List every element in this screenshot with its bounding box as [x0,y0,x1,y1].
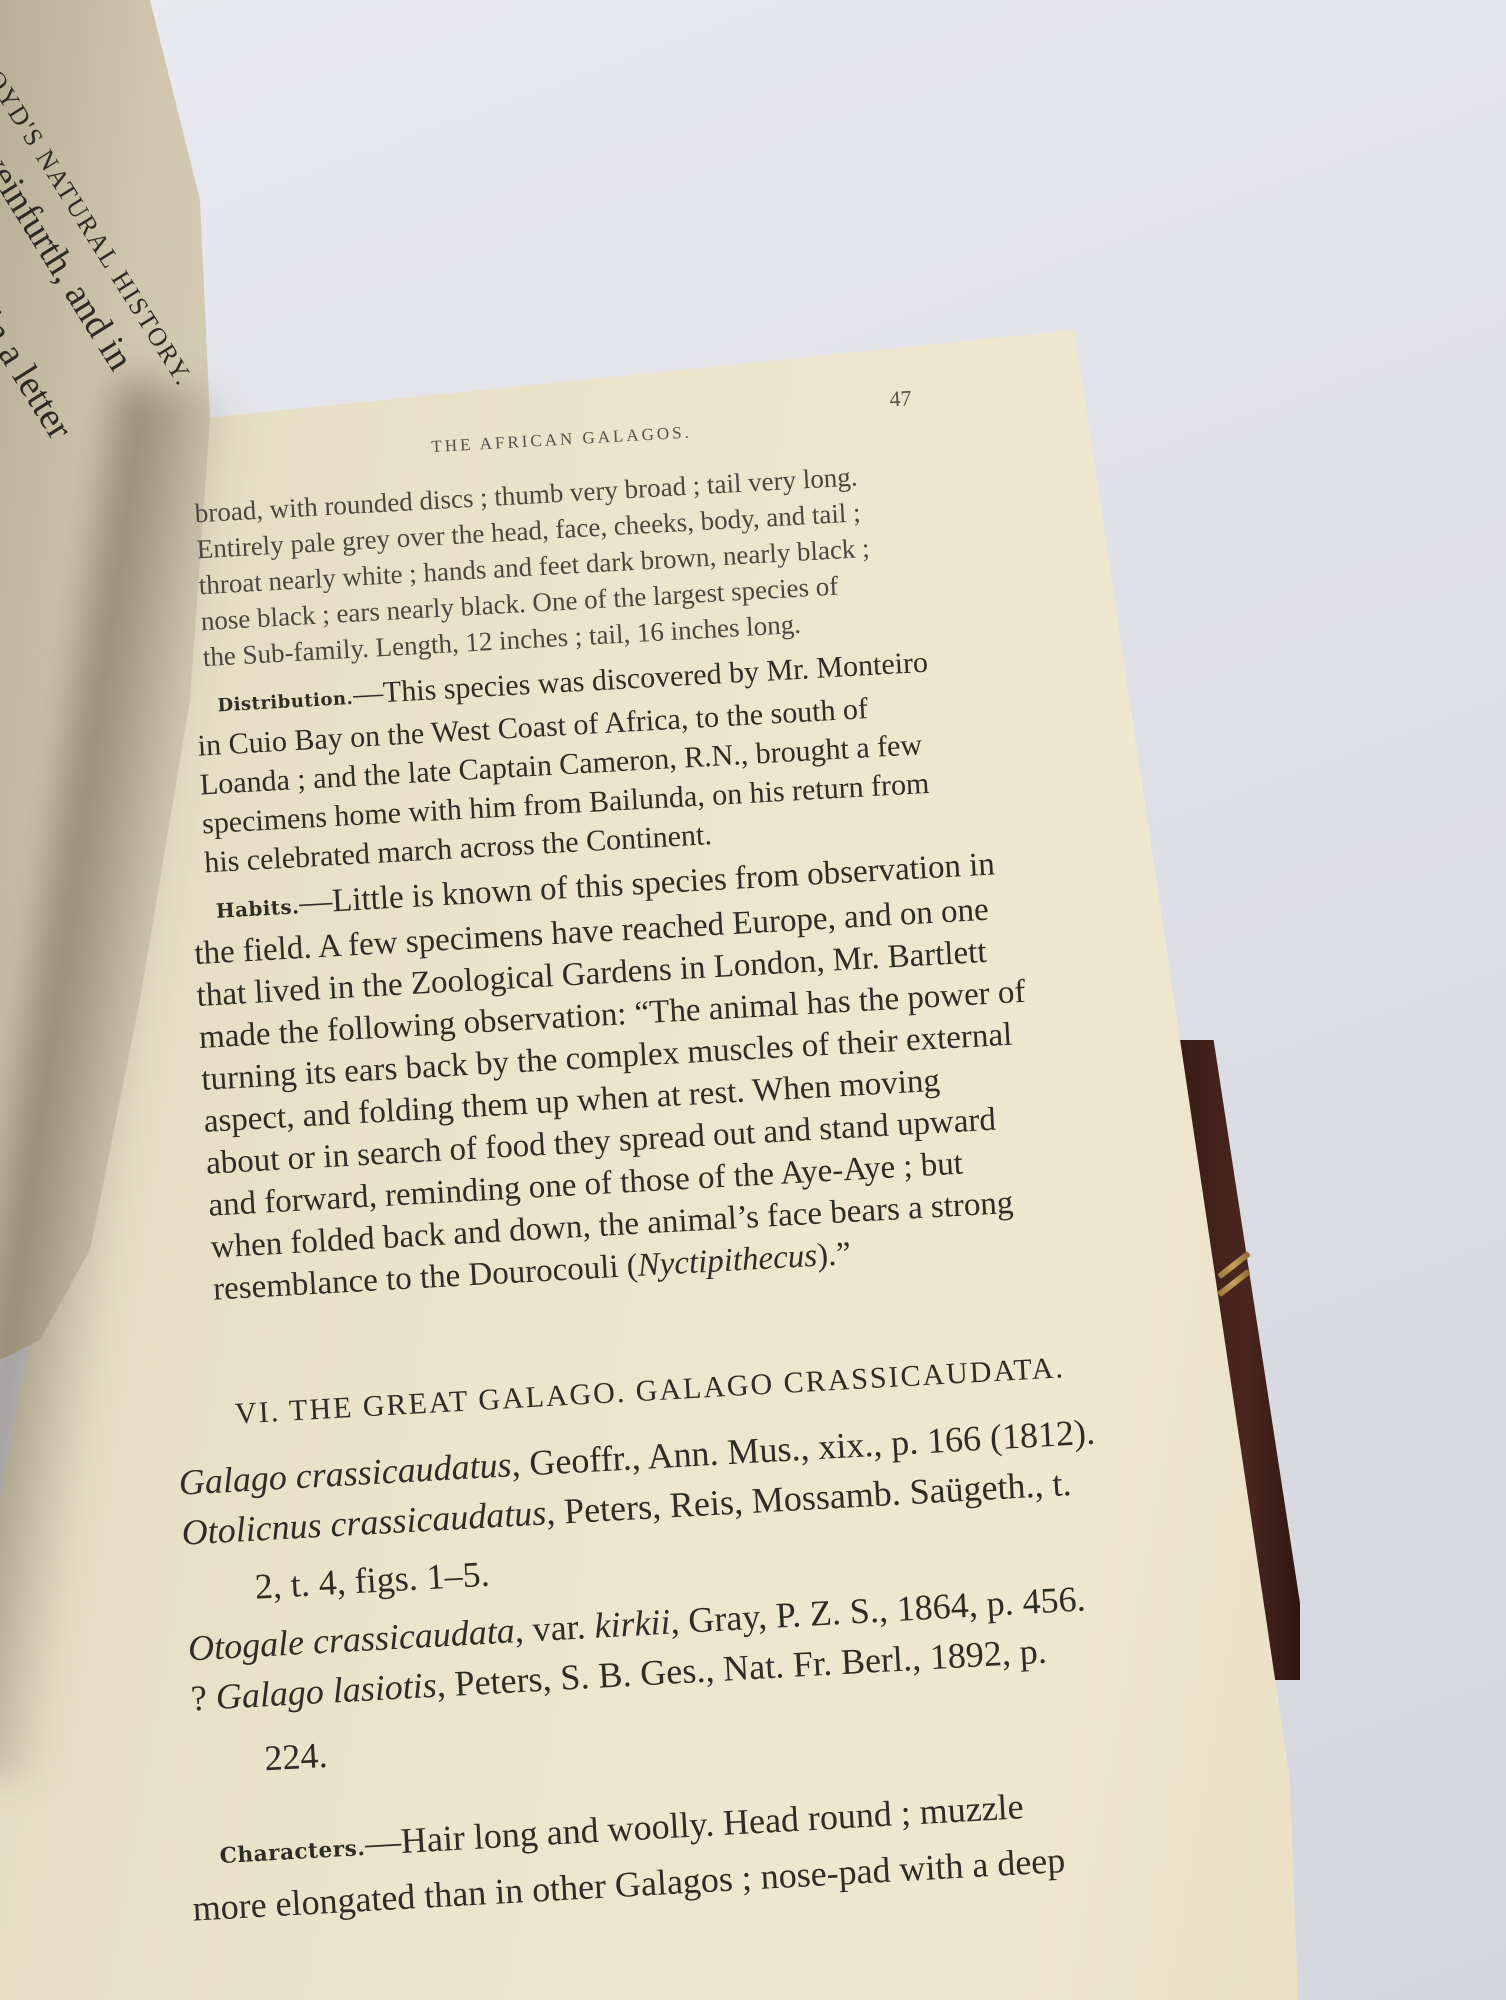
text-fragment: ).” [816,1236,852,1274]
synonymy-list: Galago crassicaudatus, Geoffr., Ann. Mus… [177,1407,1111,1788]
synonym-name: Galago lasiotis [215,1665,438,1717]
synonym-variety: kirkii [593,1602,671,1646]
book-photo: LLOYD'S NATURAL HISTORY. Dr. Schweinfurt… [0,0,1506,2000]
description-paragraph: broad, with rounded discs ; thumb very b… [194,458,875,675]
characters-label: Characters. [219,1836,366,1869]
habits-label: Habits. [215,894,300,923]
page-number: 47 [889,385,912,412]
distribution-label: Distribution. [217,688,354,717]
synonym-citation: , var. [514,1606,596,1650]
genus-name: Nyctipithecus [637,1238,818,1284]
synonym-citation: 2, t. 4, figs. 1–5. [254,1554,491,1607]
query-mark: ? [190,1677,217,1718]
distribution-paragraph: Distribution.—This species was discovere… [194,643,938,883]
habits-paragraph: Habits.—Little is known of this species … [191,842,1041,1311]
synonym-citation: 224. [263,1735,328,1778]
